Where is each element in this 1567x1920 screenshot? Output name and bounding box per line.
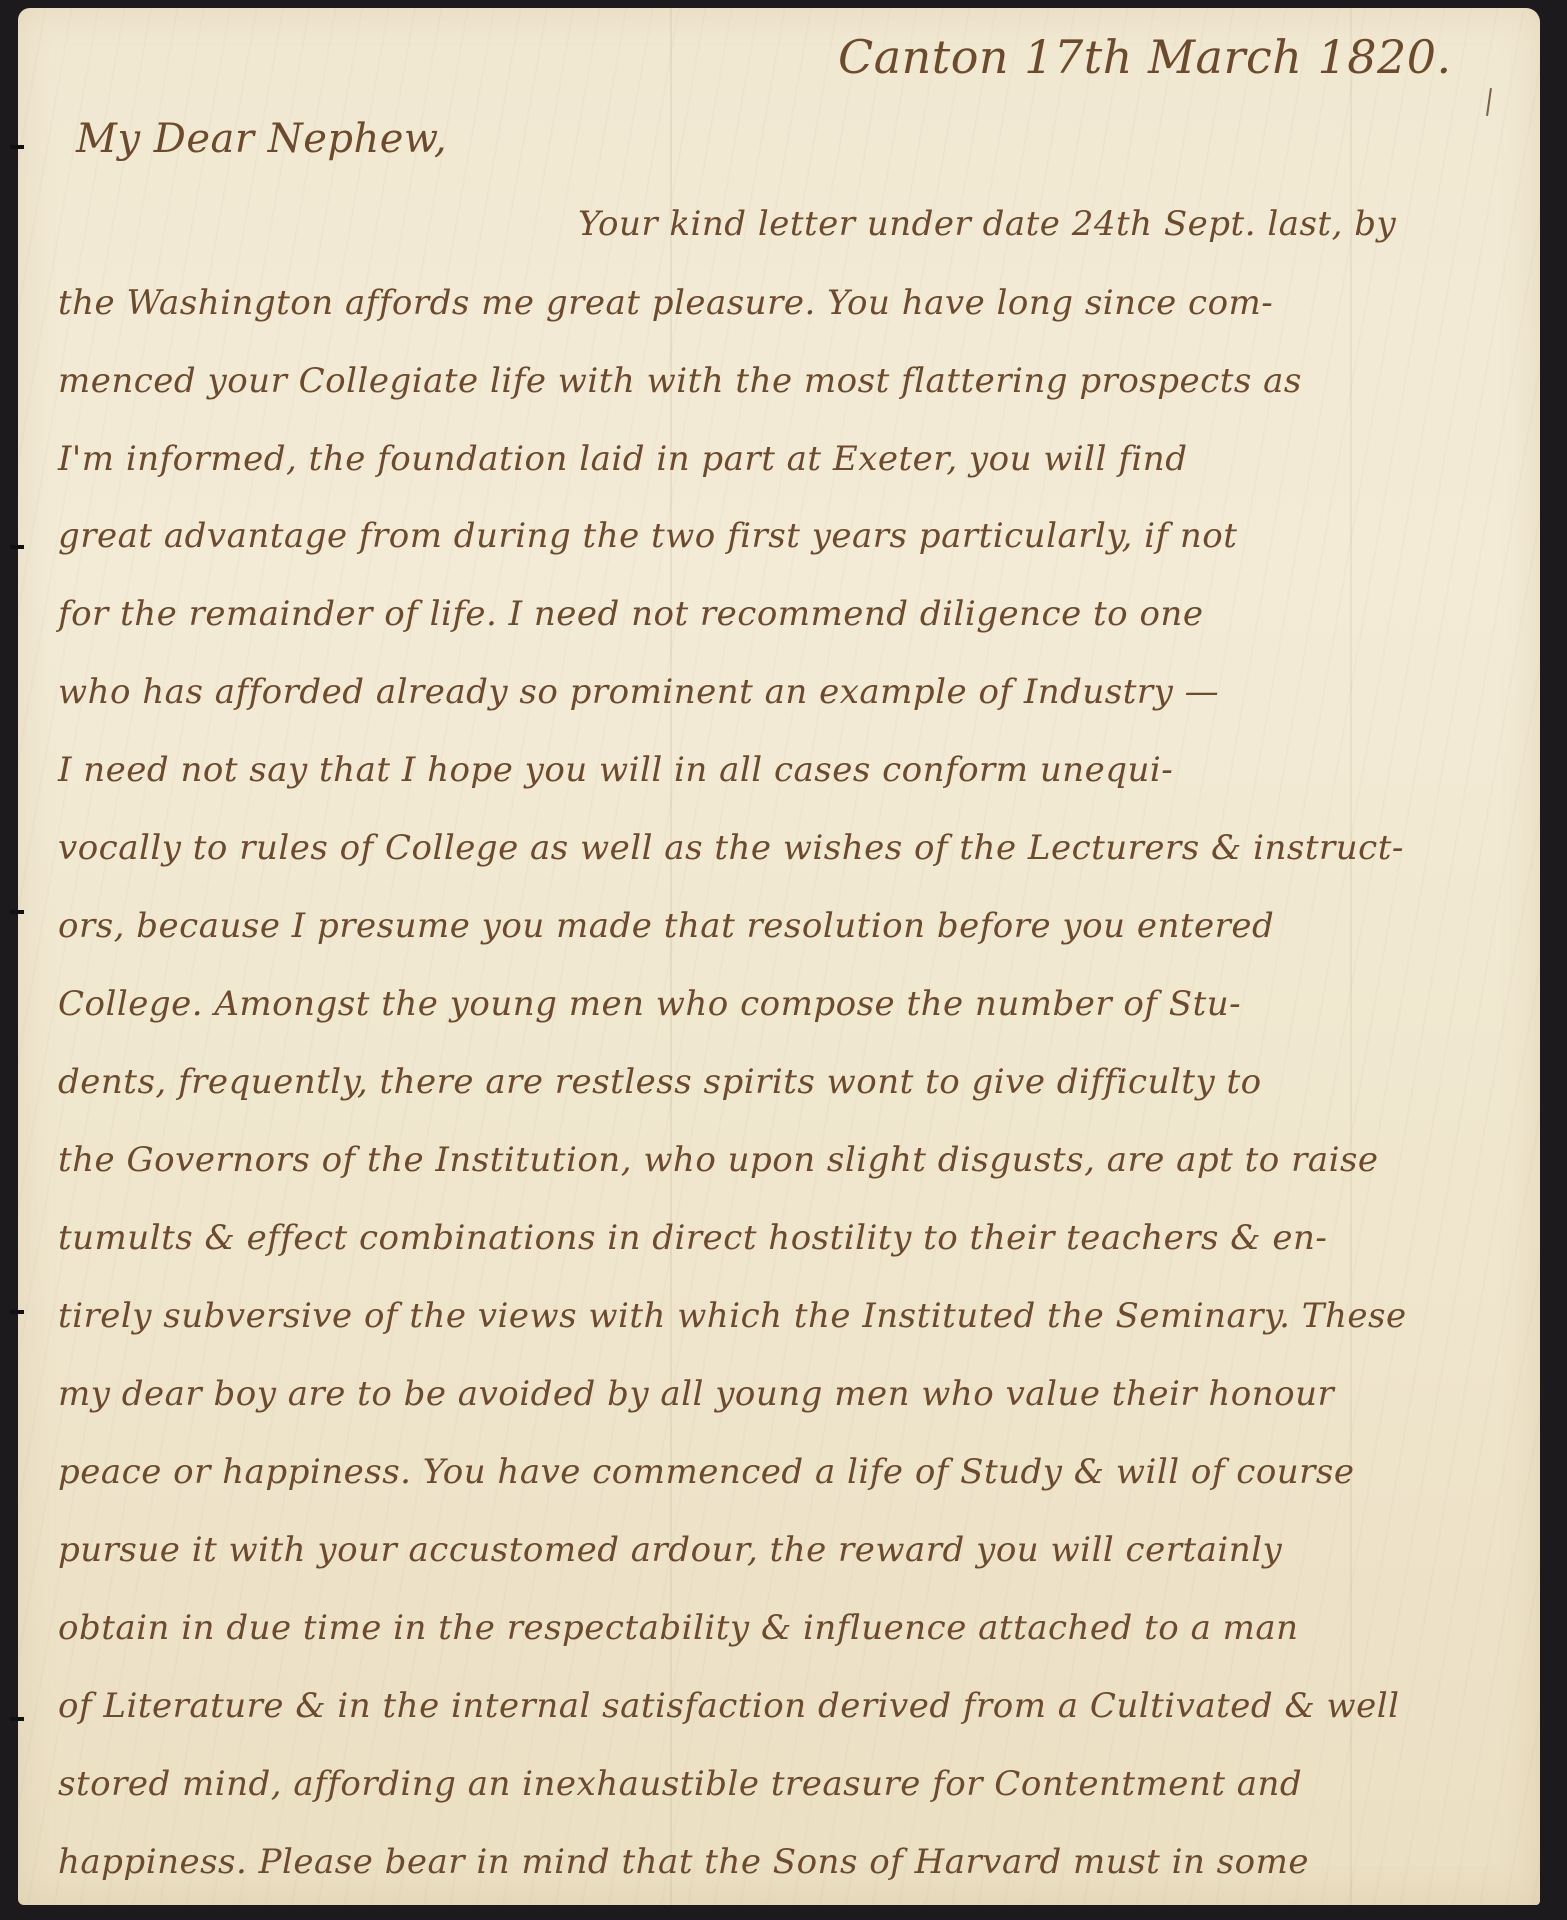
binding-mark — [10, 1717, 24, 1721]
letter-line: my dear boy are to be avoided by all you… — [58, 1374, 1334, 1414]
letter-line: pursue it with your accustomed ardour, t… — [58, 1530, 1282, 1570]
dateline: Canton 17th March 1820. — [838, 30, 1452, 84]
letter-line: for the remainder of life. I need not re… — [58, 594, 1203, 634]
letter-page: Canton 17th March 1820. My Dear Nephew, … — [18, 8, 1540, 1905]
letter-line: who has afforded already so prominent an… — [58, 672, 1219, 712]
letter-line: I need not say that I hope you will in a… — [58, 750, 1173, 790]
binding-mark — [10, 145, 24, 149]
letter-line: tumults & effect combinations in direct … — [58, 1218, 1327, 1258]
letter-line: Your kind letter under date 24th Sept. l… — [578, 204, 1396, 244]
ink-mark — [1486, 88, 1492, 116]
binding-mark — [10, 1310, 24, 1314]
salutation: My Dear Nephew, — [76, 116, 447, 162]
letter-line: College. Amongst the young men who compo… — [58, 984, 1241, 1024]
letter-line: menced your Collegiate life with with th… — [58, 361, 1302, 401]
letter-line: vocally to rules of College as well as t… — [58, 828, 1404, 868]
binding-mark — [10, 910, 24, 914]
letter-line: obtain in due time in the respectability… — [58, 1608, 1299, 1648]
letter-line: stored mind, affording an inexhaustible … — [58, 1764, 1302, 1804]
letter-line: dents, frequently, there are restless sp… — [58, 1062, 1262, 1102]
letter-line: I'm informed, the foundation laid in par… — [58, 439, 1187, 479]
letter-line: the Washington affords me great pleasure… — [58, 283, 1273, 323]
letter-line: great advantage from during the two firs… — [58, 516, 1237, 556]
letter-line: of Literature & in the internal satisfac… — [58, 1686, 1400, 1726]
letter-line: peace or happiness. You have commenced a… — [58, 1452, 1355, 1492]
letter-line: happiness. Please bear in mind that the … — [58, 1842, 1309, 1882]
fold-crease — [1350, 8, 1352, 1905]
binding-mark — [10, 545, 24, 549]
letter-line: tirely subversive of the views with whic… — [58, 1296, 1407, 1336]
letter-line: the Governors of the Institution, who up… — [58, 1140, 1379, 1180]
letter-line: ors, because I presume you made that res… — [58, 906, 1274, 946]
